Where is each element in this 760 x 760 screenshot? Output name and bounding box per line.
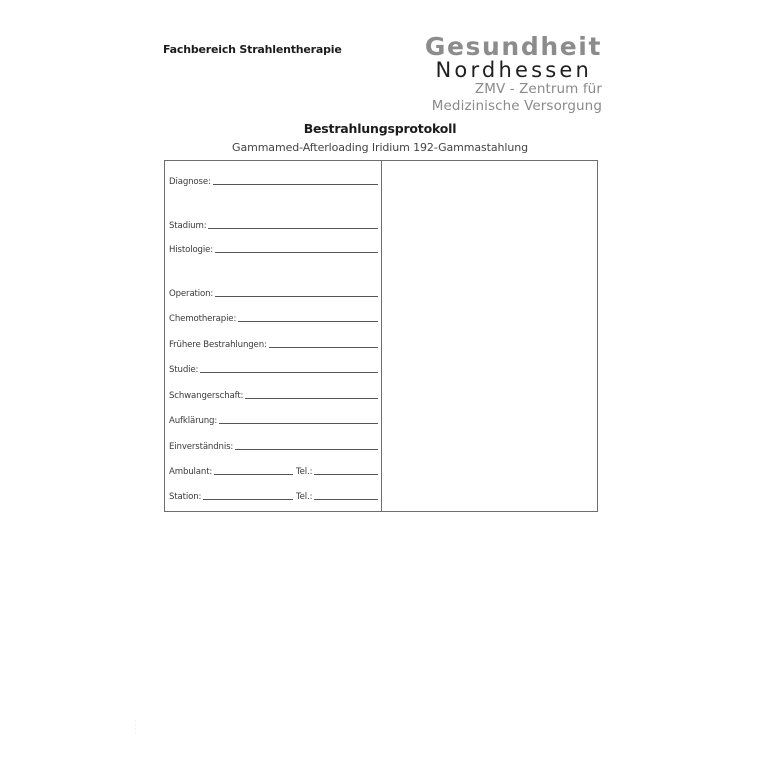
field-input-line[interactable]: [245, 398, 378, 399]
station-label: Station:: [169, 492, 203, 502]
field-stadium: Stadium:: [169, 219, 378, 231]
field-ambulant: Ambulant:Tel.:: [169, 465, 378, 477]
field-input-line[interactable]: [238, 321, 378, 322]
field-operation: Operation:: [169, 287, 378, 299]
field-aufklärung: Aufklärung:: [169, 414, 378, 426]
field-label: Chemotherapie:: [169, 314, 238, 324]
logo-line-4: Medizinische Versorgung: [425, 98, 602, 115]
field-station: Station:Tel.:: [169, 490, 378, 502]
ambulant-tel-group: Tel.:: [293, 467, 378, 477]
field-input-line[interactable]: [269, 347, 378, 348]
station-tel-label: Tel.:: [296, 492, 314, 502]
logo-line-3: ZMV - Zentrum für: [425, 81, 602, 98]
field-input-line[interactable]: [208, 228, 378, 229]
ambulant-group: Ambulant:: [169, 467, 293, 477]
ambulant-label: Ambulant:: [169, 467, 214, 477]
notes-column[interactable]: [382, 161, 597, 511]
form-code: · · · · · ·: [133, 694, 139, 734]
ambulant-tel-label: Tel.:: [296, 467, 314, 477]
field-input-line[interactable]: [215, 252, 378, 253]
station-input-line[interactable]: [203, 499, 293, 500]
logo-line-1: Gesundheit: [425, 34, 602, 59]
field-label: Frühere Bestrahlungen:: [169, 340, 269, 350]
department-label: Fachbereich Strahlentherapie: [163, 43, 342, 56]
field-frühere-bestrahlungen: Frühere Bestrahlungen:: [169, 338, 378, 350]
station-tel-input-line[interactable]: [314, 499, 378, 500]
field-chemotherapie: Chemotherapie:: [169, 312, 378, 324]
field-einverständnis: Einverständnis:: [169, 440, 378, 452]
field-input-line[interactable]: [215, 296, 378, 297]
field-label: Studie:: [169, 365, 200, 375]
field-schwangerschaft: Schwangerschaft:: [169, 389, 378, 401]
field-input-line[interactable]: [200, 372, 378, 373]
field-input-line[interactable]: [213, 184, 378, 185]
field-label: Operation:: [169, 289, 215, 299]
ambulant-input-line[interactable]: [214, 474, 293, 475]
field-label: Einverständnis:: [169, 442, 235, 452]
field-label: Aufklärung:: [169, 416, 219, 426]
station-group: Station:: [169, 492, 293, 502]
field-diagnose: Diagnose:: [169, 175, 378, 187]
logo: Gesundheit Nordhessen ZMV - Zentrum für …: [425, 34, 602, 115]
field-label: Diagnose:: [169, 177, 213, 187]
document-title: Bestrahlungsprotokoll: [0, 121, 760, 136]
protocol-form: Diagnose:Stadium:Histologie:Operation:Ch…: [164, 160, 598, 512]
field-input-line[interactable]: [235, 449, 378, 450]
ambulant-tel-input-line[interactable]: [314, 474, 378, 475]
document-subtitle: Gammamed-Afterloading Iridium 192-Gammas…: [0, 141, 760, 154]
station-tel-group: Tel.:: [293, 492, 378, 502]
field-input-line[interactable]: [219, 423, 378, 424]
field-label: Histologie:: [169, 245, 215, 255]
field-label: Schwangerschaft:: [169, 391, 245, 401]
field-label: Stadium:: [169, 221, 208, 231]
field-studie: Studie:: [169, 363, 378, 375]
logo-line-2: Nordhessen: [425, 59, 592, 81]
field-histologie: Histologie:: [169, 243, 378, 255]
